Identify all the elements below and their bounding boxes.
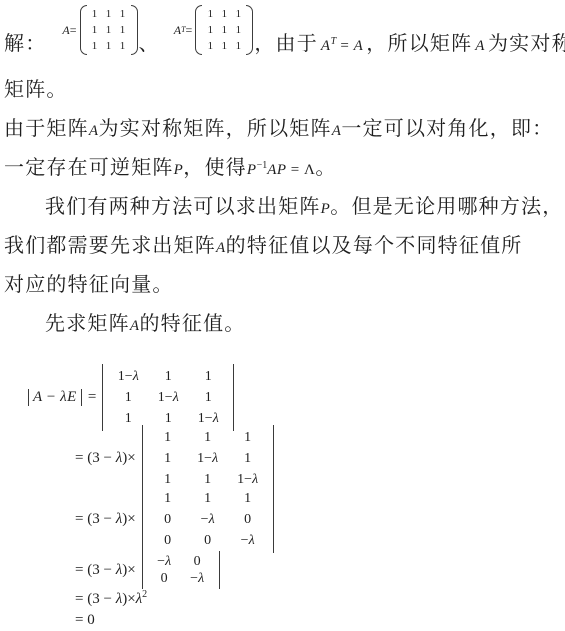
var-A: A bbox=[216, 240, 226, 256]
matrix-a-transpose-label: AT = bbox=[174, 23, 193, 38]
var-P: P bbox=[321, 201, 331, 217]
equals-sign: = bbox=[88, 389, 96, 406]
var-P: P bbox=[247, 162, 257, 178]
text-run: 先求矩阵 bbox=[45, 313, 130, 335]
text-run: 为实对称矩阵，所以矩阵 bbox=[98, 118, 331, 140]
derivation-line-3: = (3 − λ)× 1110−λ000−λ bbox=[75, 490, 274, 549]
factor-expression: = (3 − λ)×λ bbox=[75, 591, 142, 607]
text-run: 一定存在可逆矩阵 bbox=[4, 157, 174, 179]
text-because: 由于 bbox=[276, 31, 318, 57]
matrix-a-transpose-definition: AT = 111111111 bbox=[174, 4, 255, 56]
ap-equals-lambda: AP = Λ bbox=[267, 162, 315, 178]
determinant-2x2: −λ00−λ bbox=[142, 551, 220, 589]
inverse-superscript: −1 bbox=[257, 160, 268, 171]
factor-expression: = (3 − λ)× bbox=[75, 562, 136, 579]
matrix-a-label: A = bbox=[62, 23, 76, 38]
text-run: 的特征值以及每个不同特征值所 bbox=[226, 235, 523, 257]
matrix-a-definition: A = 111111111 bbox=[62, 4, 138, 56]
matrix-a-transpose: 111111111 bbox=[194, 4, 254, 56]
paragraph-1-line-2: 矩阵。 bbox=[4, 70, 68, 110]
text-run: 我们有两种方法可以求出矩阵 bbox=[45, 196, 321, 218]
paragraph-solution-intro: 解： A = 111111111 、 AT = 111111111 ， 由于 A… bbox=[4, 0, 565, 57]
text-run: 的特征值。 bbox=[139, 313, 245, 335]
paragraph-2-line-1: 由于矩阵A为实对称矩阵，所以矩阵A一定可以对角化，即： bbox=[4, 109, 553, 151]
derivation-line-4: = (3 − λ)× −λ00−λ bbox=[75, 551, 220, 589]
text-run: ，使得 bbox=[183, 157, 247, 179]
derivation-line-5: = (3 − λ)×λ2 bbox=[75, 589, 147, 610]
equation-at-equals-a: AT = A bbox=[321, 38, 363, 55]
text-run: 。 bbox=[315, 157, 336, 179]
paragraph-2-line-2: 一定存在可逆矩阵P，使得P−1AP = Λ。 bbox=[4, 148, 337, 190]
paragraph-4: 先求矩阵A的特征值。 bbox=[4, 304, 245, 346]
var-A: A bbox=[321, 38, 331, 54]
derivation-line-2: = (3 − λ)× 11111−λ1111−λ bbox=[75, 429, 274, 488]
var-A: A bbox=[174, 23, 181, 38]
equals-zero: = 0 bbox=[75, 612, 95, 629]
determinant-3x3: 1−λ1111−λ1111−λ bbox=[102, 364, 234, 431]
text-run: 一定可以对角化，即： bbox=[341, 118, 553, 140]
var-P: P bbox=[174, 162, 184, 178]
paragraph-3-line-2: 我们都需要先求出矩阵A的特征值以及每个不同特征值所 bbox=[4, 226, 522, 268]
text-so-matrix: ，所以矩阵 bbox=[366, 31, 472, 57]
determinant-3x3: 1110−λ000−λ bbox=[142, 486, 274, 553]
paragraph-3-line-1: 我们有两种方法可以求出矩阵P。但是无论用哪种方法， bbox=[4, 187, 563, 229]
abs-a-minus-lambda-e: A − λE bbox=[28, 389, 82, 406]
equals-sign: = bbox=[186, 23, 193, 38]
lambda-squared-expression: = (3 − λ)×λ2 bbox=[75, 591, 147, 608]
equals-A: = A bbox=[336, 38, 363, 54]
derivation-line-1: A − λE = 1−λ1111−λ1111−λ bbox=[28, 365, 234, 429]
text-run: 。但是无论用哪种方法， bbox=[330, 196, 563, 218]
determinant-3x3: 11111−λ1111−λ bbox=[142, 425, 274, 492]
var-A: A bbox=[475, 38, 485, 55]
squared-superscript: 2 bbox=[142, 589, 147, 600]
enumeration-comma: 、 bbox=[139, 31, 160, 57]
text-real-symmetric: 为实对称 bbox=[488, 31, 565, 57]
equation-p-inverse-ap: P−1AP = Λ bbox=[247, 162, 316, 178]
factor-expression: = (3 − λ)× bbox=[75, 450, 136, 467]
paragraph-3-line-3: 对应的特征向量。 bbox=[4, 265, 174, 305]
text-run: 我们都需要先求出矩阵 bbox=[4, 235, 216, 257]
comma: ， bbox=[254, 31, 275, 57]
var-A: A bbox=[332, 123, 342, 139]
derivation-line-6: = 0 bbox=[75, 610, 95, 631]
solution-label: 解： bbox=[4, 31, 46, 57]
text-run: 由于矩阵 bbox=[4, 118, 89, 140]
factor-expression: = (3 − λ)× bbox=[75, 511, 136, 528]
matrix-a: 111111111 bbox=[79, 4, 139, 56]
